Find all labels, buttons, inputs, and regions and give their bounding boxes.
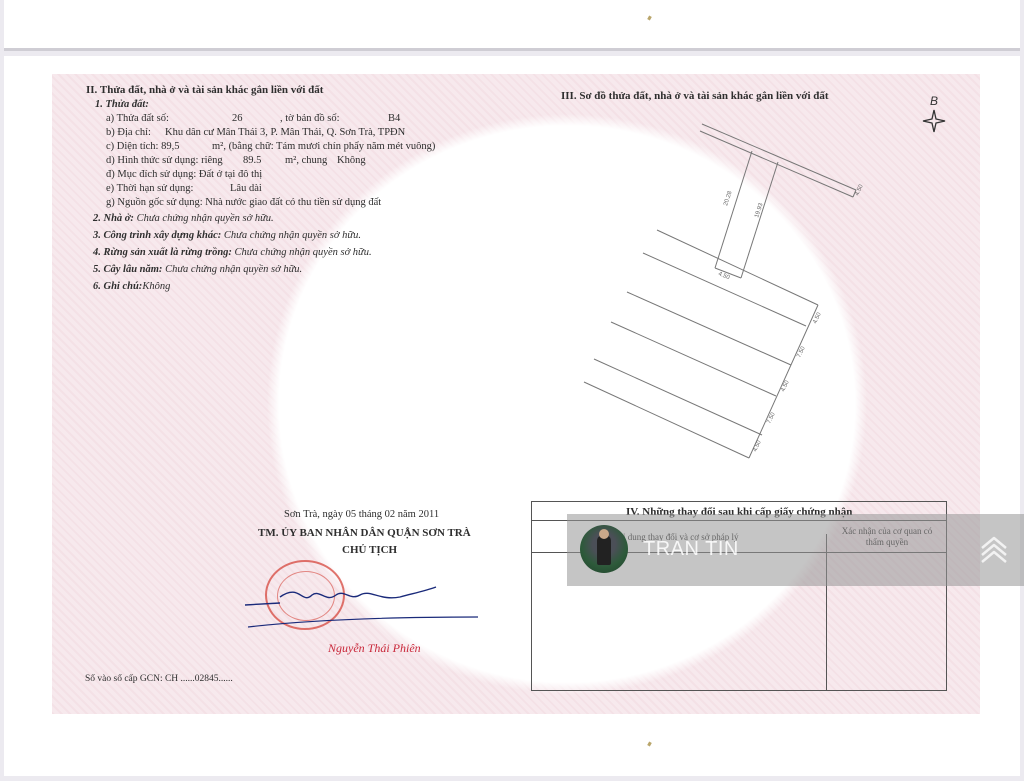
avatar[interactable] [580, 525, 628, 573]
item-perennial: 5. Cây lâu năm: Chưa chứng nhận quyền sở… [93, 263, 302, 277]
usage-form-label: d) Hình thức sử dụng: riêng [106, 154, 223, 168]
term-label: e) Thời hạn sử dụng: [106, 182, 193, 196]
watermark-banner [567, 514, 1024, 586]
signer-name: Nguyễn Thái Phiên [328, 641, 421, 655]
parcel-number: 26 [232, 112, 243, 126]
map-sheet-label: , tờ bản đồ số: [280, 112, 340, 126]
section3-title: III. Sơ đồ thửa đất, nhà ở và tài sản kh… [561, 89, 829, 103]
term: Lâu dài [230, 182, 262, 196]
item-forest: 4. Rừng sản xuất là rừng trồng: Chưa chứ… [93, 246, 372, 260]
watermark-name: TRAN TIN [643, 538, 739, 561]
signer-position: CHỦ TỊCH [342, 543, 397, 557]
item-value: Chưa chứng nhận quyền sở hữu. [137, 213, 274, 224]
item-notes: 6. Ghi chú:Không [93, 280, 170, 294]
origin: g) Nguồn gốc sử dụng: Nhà nước giao đất … [106, 196, 381, 210]
item-label: 2. Nhà ở: [93, 213, 134, 224]
map-sheet: B4 [388, 112, 400, 126]
usage-common-label: m², chung [285, 154, 327, 168]
layers-logo-icon [974, 530, 1014, 570]
area-text: m², (bằng chữ: Tám mươi chín phẩy năm mé… [212, 140, 435, 154]
item-label: 6. Ghi chú: [93, 281, 142, 292]
address: Khu dân cư Mân Thái 3, P. Mân Thái, Q. S… [165, 126, 405, 140]
north-label: B [919, 94, 949, 108]
item-value: Chưa chứng nhận quyền sở hữu. [235, 247, 372, 258]
parcel-number-label: a) Thửa đất số: [106, 112, 169, 126]
date-line: Sơn Trà, ngày 05 tháng 02 năm 2011 [284, 508, 439, 522]
area-label: c) Diện tích: 89,5 [106, 140, 179, 154]
item-house: 2. Nhà ở: Chưa chứng nhận quyền sở hữu. [93, 212, 274, 226]
signature-scribble [240, 575, 480, 635]
item-construction: 3. Công trình xây dựng khác: Chưa chứng … [93, 229, 361, 243]
north-compass: B [919, 94, 949, 138]
purpose: đ) Mục đích sử dụng: Đất ở tại đô thị [106, 168, 262, 182]
item-label: 5. Cây lâu năm: [93, 264, 162, 275]
usage-private: 89.5 [243, 154, 261, 168]
item-label: 3. Công trình xây dựng khác: [93, 230, 221, 241]
issuing-org: TM. ỦY BAN NHÂN DÂN QUẬN SƠN TRÀ [258, 526, 471, 540]
usage-common: Không [337, 154, 366, 168]
registry-number: Số vào sổ cấp GCN: CH ......02845...... [85, 672, 233, 686]
address-label: b) Địa chỉ: [106, 126, 151, 140]
compass-icon [921, 108, 947, 134]
parcel-heading: 1. Thửa đất: [95, 98, 149, 112]
previous-page [4, 0, 1020, 51]
item-label: 4. Rừng sản xuất là rừng trồng: [93, 247, 232, 258]
section2-title: II. Thửa đất, nhà ở và tài sản khác gắn … [86, 83, 323, 97]
item-value: Không [142, 281, 170, 292]
item-value: Chưa chứng nhận quyền sở hữu. [165, 264, 302, 275]
item-value: Chưa chứng nhận quyền sở hữu. [224, 230, 361, 241]
